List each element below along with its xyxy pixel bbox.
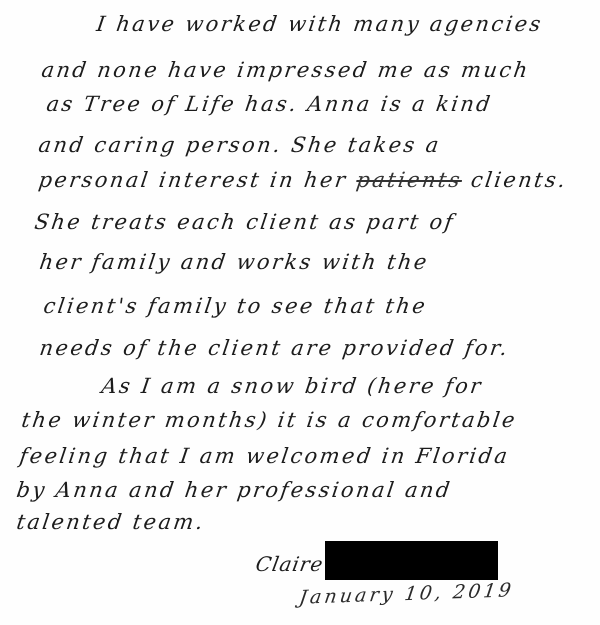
replacement-word: clients. xyxy=(469,168,569,192)
letter-line-4: and caring person. She takes a xyxy=(37,133,443,157)
letter-line-9: needs of the client are provided for. xyxy=(38,336,511,360)
letter-line-5-text: personal interest in her xyxy=(37,168,349,192)
letter-line-8: client's family to see that the xyxy=(42,294,429,318)
letter-line-3: as Tree of Life has. Anna is a kind xyxy=(45,92,494,116)
redacted-last-name xyxy=(325,541,498,580)
letter-page: I have worked with many agencies and non… xyxy=(0,0,600,625)
letter-line-5: personal interest in her patients client… xyxy=(37,168,569,192)
letter-line-1: I have worked with many agencies xyxy=(95,12,545,36)
letter-line-11: the winter months) it is a comfortable xyxy=(20,408,519,432)
letter-line-2: and none have impressed me as much xyxy=(40,58,531,82)
letter-line-14: talented team. xyxy=(15,510,207,534)
signature-first-name: Claire xyxy=(254,552,326,576)
letter-line-13: by Anna and her professional and xyxy=(15,478,454,502)
letter-line-6: She treats each client as part of xyxy=(33,210,457,234)
struck-word: patients xyxy=(355,168,464,192)
letter-line-7: her family and works with the xyxy=(38,250,431,274)
signature-date: January 10, 2019 xyxy=(298,579,516,608)
letter-line-12: feeling that I am welcomed in Florida xyxy=(18,444,511,468)
letter-line-10: As I am a snow bird (here for xyxy=(100,374,485,398)
